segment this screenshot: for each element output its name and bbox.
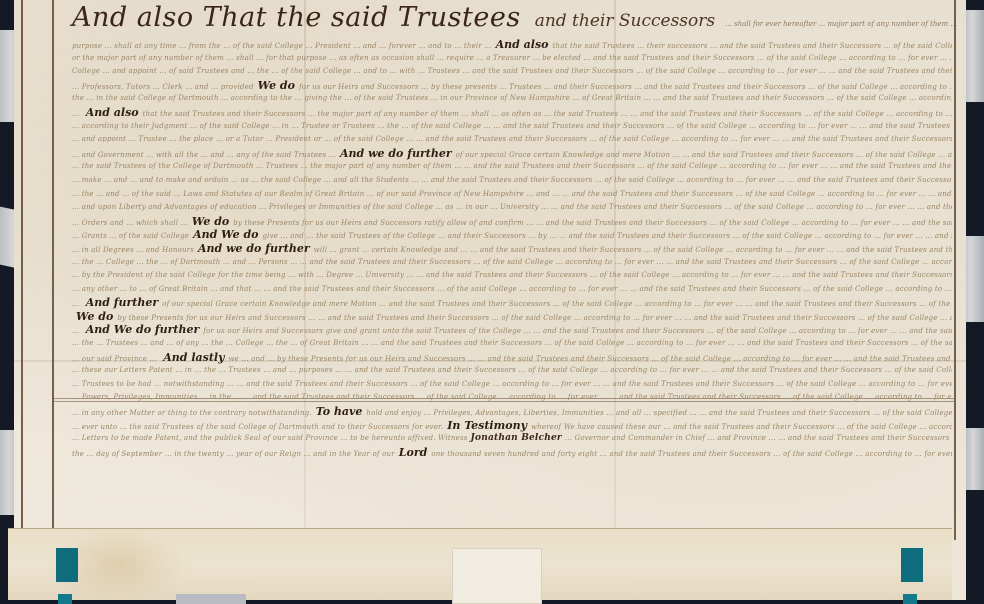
title-heading: And also That the said Trustees	[72, 2, 521, 33]
line-text: ... these our Letters Patent ... in ... …	[72, 366, 342, 374]
line-text: for us our Heirs and Successors give and…	[203, 327, 531, 335]
calligraphic-heading: And also	[86, 106, 139, 119]
calligraphic-heading: We do	[76, 310, 113, 323]
text-line: ... in all Degrees ... and HonoursAnd we…	[72, 242, 952, 256]
line-text: ... any other ... to ... of Great Britai…	[72, 285, 264, 293]
line-text: the ... day of September ... in the twen…	[72, 450, 395, 458]
line-text: ... Letters to be made Patent, and the p…	[72, 434, 468, 442]
text-lines: purpose ... shall at any time ... from t…	[72, 38, 952, 459]
text-line: ... Orders and ... which shall ...We dob…	[72, 215, 952, 229]
faded-script: ... and the said Trustees and their Succ…	[581, 54, 952, 62]
line-text: will ... grant ... certain Knowledge and…	[314, 246, 471, 254]
text-line: ... by the President of the said College…	[72, 269, 952, 283]
line-text: that the said Trustees ... their success…	[553, 42, 708, 50]
text-line: ... our said Province ... And lastlywe .…	[72, 351, 952, 365]
text-line: ... according to their Judgment ... of t…	[72, 120, 952, 134]
faded-script: ... and the said Trustees and their Succ…	[460, 67, 952, 75]
text-line: or the major part of any number of them …	[72, 52, 952, 66]
line-text: or the major part of any number of them …	[72, 54, 581, 62]
text-line: ... And alsothat the said Trustees and t…	[72, 106, 952, 120]
text-line: ... Letters to be made Patent, and the p…	[72, 432, 952, 446]
faded-script: ... and the said Trustees and their Succ…	[264, 285, 952, 293]
line-text: ...	[72, 300, 82, 308]
text-line: College ... and appoint ... of said Trus…	[72, 65, 952, 79]
mounting-tab	[966, 428, 984, 490]
calligraphic-heading: We do	[258, 79, 295, 92]
line-text: ... and appoint ... Trustee ... the plac…	[72, 135, 414, 143]
text-line: ... the said Trustees of the College of …	[72, 160, 952, 174]
border-rule	[21, 0, 23, 540]
line-text: ... according to their Judgment ... of t…	[72, 122, 491, 130]
line-text: ... and Government ... with all the ... …	[72, 151, 336, 159]
text-line: ... any other ... to ... of Great Britai…	[72, 283, 952, 297]
text-line: ... and Government ... with all the ... …	[72, 147, 952, 161]
line-text: hold and enjoy ... Privileges, Advantage…	[366, 409, 697, 417]
line-text: by these Presents for us our Heirs and S…	[233, 219, 536, 227]
text-line: purpose ... shall at any time ... from t…	[72, 38, 952, 52]
text-line: ... And We do furtherfor us our Heirs an…	[72, 323, 952, 337]
mounting-tab	[964, 10, 984, 102]
text-line: ... these our Letters Patent ... in ... …	[72, 364, 952, 378]
seal-ribbon	[56, 548, 78, 582]
title-continuation: ... shall for ever hereafter ... major p…	[725, 20, 957, 28]
line-text: ...	[72, 327, 82, 335]
faded-script: ... and the said Trustees and their Succ…	[414, 135, 952, 143]
line-text: purpose ... shall at any time ... from t…	[72, 42, 492, 50]
calligraphic-heading: We do	[192, 215, 229, 228]
calligraphic-heading: To have	[316, 405, 363, 418]
parchment-sheet: And also That the said Trustees and thei…	[14, 0, 966, 600]
text-line: We doby these Presents for us our Heirs …	[72, 310, 952, 324]
text-line: ... Grants ... of the said CollegeAnd We…	[72, 228, 952, 242]
calligraphic-heading: Lord	[399, 446, 428, 459]
text-line: ... in any other Matter or thing to the …	[72, 405, 952, 419]
faded-script: ... and the said Trustees and their Succ…	[342, 366, 952, 374]
line-text: ... Grants ... of the said College	[72, 232, 189, 240]
seal-ribbon-tail	[903, 594, 917, 604]
line-text: of our special Grace certain Knowledge a…	[162, 300, 377, 308]
seal-ribbon	[901, 548, 923, 582]
calligraphic-heading: And lastly	[163, 351, 224, 364]
faded-script: ... and the said Trustees and their Succ…	[776, 434, 952, 442]
faded-script: ... and the said Trustees and their Succ…	[243, 393, 952, 401]
mounting-tab	[176, 594, 246, 604]
faded-script: ... and the said Trustees and their Succ…	[697, 409, 952, 417]
faded-script: ... and the said Trustees and their Succ…	[548, 203, 952, 211]
text-line: ... the ... and ... of the said ... Laws…	[72, 188, 952, 202]
border-rule	[52, 0, 54, 540]
signatory-name: Jonathan Belcher	[471, 433, 562, 443]
line-text: ... make ... and ... and to make and ord…	[72, 176, 419, 184]
line-text: ... by the President of the said College…	[72, 271, 414, 279]
line-text: the ... in the said College of Dartmouth…	[72, 94, 651, 102]
text-line: ... the ... College ... the ... of Dartm…	[72, 256, 952, 270]
faded-script: ... and the said Trustees and their Succ…	[628, 110, 952, 118]
line-text: for us our Heirs and Successors ... by t…	[299, 83, 632, 91]
faded-script: ... and the said Trustees and their Succ…	[680, 151, 952, 159]
line-text: ... the ... and ... of the said ... Laws…	[72, 190, 560, 198]
faded-script: ... and the said Trustees and their Succ…	[461, 162, 952, 170]
line-text: of our special Grace certain Knowledge a…	[456, 151, 680, 159]
faded-script: ... and the said Trustees and their Succ…	[651, 94, 952, 102]
faded-script: ... and the said Trustees and their Succ…	[661, 423, 952, 431]
line-text: by these Presents for us our Heirs and S…	[117, 314, 315, 322]
faded-script: ... and the said Trustees and their Succ…	[377, 300, 952, 308]
text-line: ... Trustees to be had ... notwithstandi…	[72, 378, 952, 392]
calligraphic-heading: And we do further	[198, 242, 310, 255]
faded-script: ... and the said Trustees and their Succ…	[316, 314, 952, 322]
faded-script: ... and the said Trustees and their Succ…	[475, 355, 952, 363]
line-text: ... Powers, Privileges, Immunities ... i…	[72, 393, 243, 401]
title-line: And also That the said Trustees and thei…	[72, 2, 952, 38]
calligraphic-heading: And also	[496, 38, 549, 51]
faded-script: ... and the said Trustees and their Succ…	[560, 190, 952, 198]
line-text: College ... and appoint ... of said Trus…	[72, 67, 460, 75]
line-text: ... ever unto ... the said Trustees of t…	[72, 423, 443, 431]
faded-script: ... and the said Trustees and their Succ…	[632, 83, 952, 91]
line-text: one thousand seven hundred and forty eig…	[431, 450, 597, 458]
faded-script: ... and the said Trustees and their Succ…	[708, 42, 952, 50]
faded-script: ... and the said Trustees and their Succ…	[300, 258, 952, 266]
line-text: ... Trustees to be had ... notwithstandi…	[72, 380, 237, 388]
faded-script: ... and the said Trustees and their Succ…	[470, 246, 952, 254]
text-line: ... the ... Trustees ... and ... of any …	[72, 337, 952, 351]
line-text: that the said Trustees and their Success…	[143, 110, 628, 118]
line-text: ... the said Trustees of the College of …	[72, 162, 461, 170]
text-line: ... And furtherof our special Grace cert…	[72, 296, 952, 310]
line-text: ... in all Degrees ... and Honours	[72, 246, 194, 254]
calligraphic-heading: And we do further	[340, 147, 452, 160]
title-subheading: and their Successors	[535, 11, 715, 31]
text-line: ... Powers, Privileges, Immunities ... i…	[72, 391, 952, 405]
faded-script: ... and the said Trustees and their Succ…	[531, 327, 952, 335]
text-line: the ... in the said College of Dartmouth…	[72, 92, 952, 106]
text-line: ... Professors, Tutors ... Clerk ... and…	[72, 79, 952, 93]
text-line: ... and upon Liberty and Advantages of e…	[72, 201, 952, 215]
line-text: ... in any other Matter or thing to the …	[72, 409, 312, 417]
line-text: ... our said Province ...	[72, 355, 159, 363]
text-line: ... ever unto ... the said Trustees of t…	[72, 419, 952, 433]
line-text: ... Governor and Commander in Chief ... …	[565, 434, 776, 442]
line-text: ... the ... College ... the ... of Dartm…	[72, 258, 300, 266]
calligraphic-heading: And We do	[193, 228, 258, 241]
faded-script: ... and the said Trustees and their Succ…	[237, 380, 952, 388]
faded-script: ... and the said Trustees and their Succ…	[536, 219, 952, 227]
line-text: give ... and ... the said Trustees of th…	[262, 232, 559, 240]
faded-script: ... and the said Trustees and their Succ…	[419, 176, 952, 184]
text-line: ... make ... and ... and to make and ord…	[72, 174, 952, 188]
line-text: ... the ... Trustees ... and ... of any …	[72, 339, 369, 347]
calligraphic-heading: And We do further	[86, 323, 200, 336]
seal-ribbon-tail	[58, 594, 72, 604]
line-text: ... and upon Liberty and Advantages of e…	[72, 203, 548, 211]
line-text: ...	[72, 110, 82, 118]
text-line: ... and appoint ... Trustee ... the plac…	[72, 133, 952, 147]
faded-script: ... and the said Trustees and their Succ…	[559, 232, 952, 240]
line-text: ... Orders and ... which shall ...	[72, 219, 188, 227]
text-line: the ... day of September ... in the twen…	[72, 446, 952, 460]
line-text: ... Professors, Tutors ... Clerk ... and…	[72, 83, 254, 91]
calligraphic-heading: In Testimony	[447, 419, 527, 432]
calligraphic-heading: And further	[86, 296, 158, 309]
faded-script: ... and the said Trustees and their Succ…	[597, 450, 952, 458]
seal-slip	[452, 548, 542, 604]
document-text: And also That the said Trustees and thei…	[72, 2, 952, 459]
faded-script: ... and the said Trustees and their Succ…	[369, 339, 952, 347]
faded-script: ... and the said Trustees and their Succ…	[491, 122, 952, 130]
border-rule	[954, 0, 956, 540]
line-text: whereof We have caused these our	[531, 423, 661, 431]
line-text: we ... and ... by these Presents for us …	[228, 355, 475, 363]
faded-script: ... and the said Trustees and their Succ…	[414, 271, 952, 279]
